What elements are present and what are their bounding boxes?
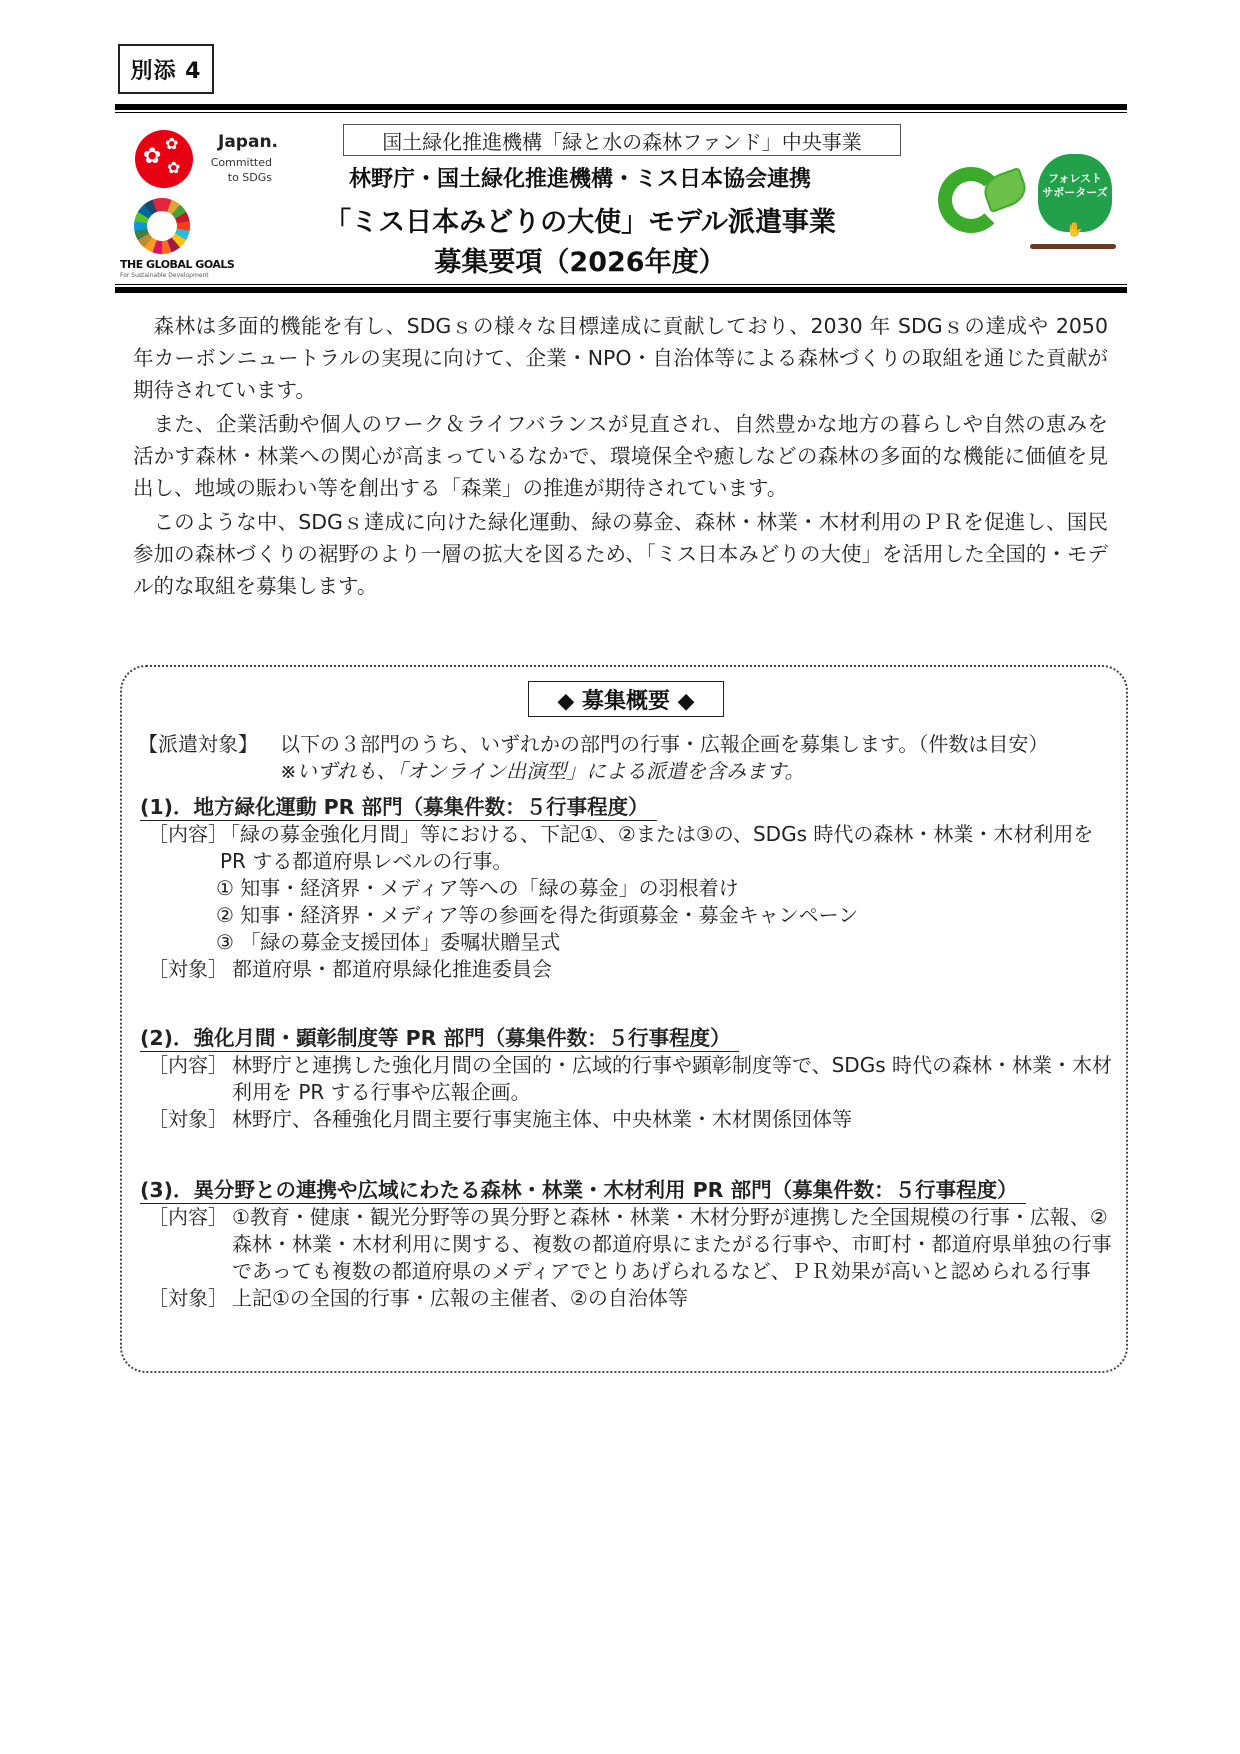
header-rule-bottom (115, 287, 1127, 293)
content-text: ①教育・健康・観光分野等の異分野と森林・林業・木材分野が連携した全国規模の行事・… (232, 1204, 1120, 1285)
section-2: (2)．強化月間・顕彰制度等 PR 部門（募集件数：５行事程度） ［内容］ 林野… (140, 1025, 1120, 1133)
section-heading: (2)．強化月間・顕彰制度等 PR 部門（募集件数：５行事程度） (140, 1025, 739, 1052)
header-rule-bottom-thin (115, 284, 1127, 285)
section-1: (1)．地方緑化運動 PR 部門（募集件数：５行事程度） ［内容］ 「緑の募金強… (140, 794, 1120, 983)
target-label: ［対象］ (140, 956, 232, 983)
content-label: ［内容］ (140, 1204, 232, 1285)
cherry-blossom-sun-icon: ✿✿✿ (135, 130, 193, 188)
list-item: ① 知事・経済界・メディア等への「緑の募金」の羽根着け (140, 875, 1120, 902)
content-label: ［内容］ (140, 821, 232, 875)
title-partners: 林野庁・国土緑化推進機構・ミス日本協会連携 (300, 162, 860, 193)
content-text: 林野庁と連携した強化月間の全国的・広域的行事や顕彰制度等で、SDGs 時代の森林… (232, 1052, 1120, 1106)
japan-sdgs-logo: ✿✿✿ Japan. Committed to SDGs (130, 128, 290, 192)
outline-title: ◆ 募集概要 ◆ (528, 681, 724, 717)
forest-supporters-text: フォレスト サポーターズ (1038, 172, 1112, 200)
content-label: ［内容］ (140, 1052, 232, 1106)
header-rule-top (115, 104, 1127, 110)
ground-icon (1030, 244, 1116, 249)
hand-icon: ✋ (1066, 222, 1083, 238)
forest-supporters-logo: フォレスト サポーターズ ✋ (1030, 150, 1120, 254)
dispatch-target: 【派遣対象】以下の３部門のうち、いずれかの部門の行事・広報企画を募集します。（件… (138, 731, 1118, 785)
target-text: 都道府県・都道府県緑化推進委員会 (232, 956, 1120, 983)
green-fund-g-logo (938, 163, 1028, 243)
global-goals-title: THE GLOBAL GOALS (120, 258, 234, 271)
japan-logo-subtitle: Committed to SDGs (210, 155, 272, 185)
page-subtitle: 募集要項（2026年度） (300, 240, 860, 279)
header-rule-top-thin (115, 112, 1127, 113)
intro-paragraph: 森林は多面的機能を有し、SDGｓの様々な目標達成に貢献しており、2030 年 S… (133, 310, 1108, 406)
content-text: 「緑の募金強化月間」等における、下記①、②または③の、SDGs 時代の森林・林業… (220, 821, 1120, 875)
global-goals-logo: THE GLOBAL GOALS For Sustainable Develop… (120, 198, 210, 282)
section-heading: (1)．地方緑化運動 PR 部門（募集件数：５行事程度） (140, 794, 657, 821)
target-text: 上記①の全国的行事・広報の主催者、②の自治体等 (232, 1285, 1120, 1312)
attachment-tag: 別添 4 (118, 44, 214, 94)
target-label: ［対象］ (140, 1285, 232, 1312)
global-goals-subtitle: For Sustainable Development (120, 272, 209, 279)
intro-paragraph: このような中、SDGｓ達成に向けた緑化運動、緑の募金、森林・林業・木材利用のＰＲ… (133, 506, 1108, 602)
section-heading: (3)．異分野との連携や広域にわたる森林・林業・木材利用 PR 部門（募集件数：… (140, 1177, 1026, 1204)
list-item: ③ 「緑の募金支援団体」委嘱状贈呈式 (140, 929, 1120, 956)
page-title: 「ミス日本みどりの大使」モデル派遣事業 (260, 200, 900, 239)
sdg-wheel-icon (134, 198, 190, 254)
intro-paragraph: また、企業活動や個人のワーク＆ライフバランスが見直され、自然豊かな地方の暮らしや… (133, 408, 1108, 504)
fund-label: 国土緑化推進機構「緑と水の森林ファンド」中央事業 (343, 124, 901, 156)
target-text: 林野庁、各種強化月間主要行事実施主体、中央林業・木材関係団体等 (232, 1106, 1120, 1133)
target-label: ［対象］ (140, 1106, 232, 1133)
dispatch-label: 【派遣対象】 (138, 731, 280, 758)
list-item: ② 知事・経済界・メディア等の参画を得た街頭募金・募金キャンペーン (140, 902, 1120, 929)
japan-logo-title: Japan. (218, 132, 278, 152)
section-3: (3)．異分野との連携や広域にわたる森林・林業・木材利用 PR 部門（募集件数：… (140, 1177, 1120, 1312)
intro-text: 森林は多面的機能を有し、SDGｓの様々な目標達成に貢献しており、2030 年 S… (133, 310, 1108, 604)
dispatch-text: 以下の３部門のうち、いずれかの部門の行事・広報企画を募集します。（件数は目安） (280, 732, 1048, 756)
dispatch-note: ※いずれも、「オンライン出演型」による派遣を含みます。 (138, 758, 1118, 785)
